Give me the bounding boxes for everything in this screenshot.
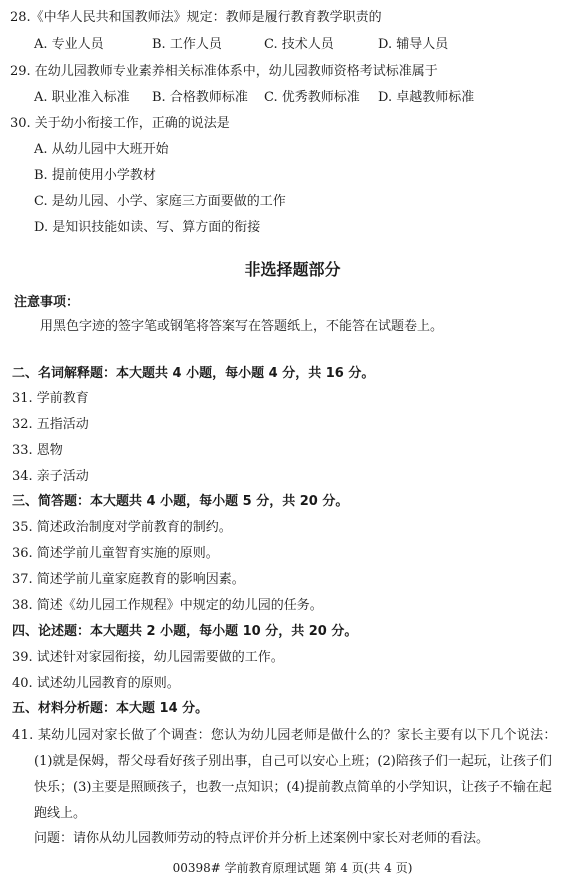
question-41-line-3: 跑线上。 bbox=[34, 806, 86, 822]
question-39: 39. 试述针对家园衔接，幼儿园需要做的工作。 bbox=[12, 650, 284, 666]
question-29-option-b: B. 合格教师标准 bbox=[152, 90, 248, 106]
question-29-option-c: C. 优秀教师标准 bbox=[264, 90, 360, 106]
question-30-option-b: B. 提前使用小学教材 bbox=[34, 168, 156, 184]
section-5-heading: 五、材料分析题：本大题 14 分。 bbox=[12, 701, 208, 717]
question-30-option-a: A. 从幼儿园中大班开始 bbox=[34, 142, 169, 158]
question-30-option-c: C. 是幼儿园、小学、家庭三方面要做的工作 bbox=[34, 194, 286, 210]
question-41-intro: 41. 某幼儿园对家长做了个调查：您认为幼儿园老师是做什么的？家长主要有以下几个… bbox=[12, 728, 557, 744]
question-41-question: 问题：请你从幼儿园教师劳动的特点评价并分析上述案例中家长对老师的看法。 bbox=[34, 831, 489, 847]
page-footer: 00398# 学前教育原理试题 第 4 页(共 4 页) bbox=[0, 859, 585, 876]
question-30-option-d: D. 是知识技能如读、写、算方面的衔接 bbox=[34, 220, 260, 236]
question-31: 31. 学前教育 bbox=[12, 391, 89, 407]
notice-text: 用黑色字迹的签字笔或钢笔将答案写在答题纸上，不能答在试题卷上。 bbox=[40, 319, 443, 335]
section-4-heading: 四、论述题：本大题共 2 小题，每小题 10 分，共 20 分。 bbox=[12, 624, 357, 640]
question-41-line-2: 快乐；(3)主要是照顾孩子，也教一点知识；(4)提前教点简单的小学知识，让孩子不… bbox=[34, 780, 552, 796]
question-37: 37. 简述学前儿童家庭教育的影响因素。 bbox=[12, 572, 245, 588]
section-3-heading: 三、简答题：本大题共 4 小题，每小题 5 分，共 20 分。 bbox=[12, 494, 348, 510]
question-30-stem: 30. 关于幼小衔接工作，正确的说法是 bbox=[10, 116, 230, 132]
question-41-line-1: (1)就是保姆，帮父母看好孩子别出事，自己可以安心上班；(2)陪孩子们一起玩，让… bbox=[34, 754, 552, 770]
question-29-option-a: A. 职业准入标准 bbox=[34, 90, 130, 106]
question-29-option-d: D. 卓越教师标准 bbox=[378, 90, 474, 106]
part-title: 非选择题部分 bbox=[0, 257, 585, 280]
question-28-option-d: D. 辅导人员 bbox=[378, 37, 448, 53]
question-28-option-b: B. 工作人员 bbox=[152, 37, 222, 53]
question-34: 34. 亲子活动 bbox=[12, 469, 89, 485]
question-33: 33. 恩物 bbox=[12, 443, 63, 459]
question-28-option-c: C. 技术人员 bbox=[264, 37, 334, 53]
question-28-stem: 28.《中华人民共和国教师法》规定：教师是履行教育教学职责的 bbox=[10, 10, 382, 26]
question-38: 38. 简述《幼儿园工作规程》中规定的幼儿园的任务。 bbox=[12, 598, 323, 614]
question-28-option-a: A. 专业人员 bbox=[34, 37, 104, 53]
notice-label: 注意事项： bbox=[14, 295, 79, 311]
question-36: 36. 简述学前儿童智育实施的原则。 bbox=[12, 546, 219, 562]
question-32: 32. 五指活动 bbox=[12, 417, 89, 433]
question-40: 40. 试述幼儿园教育的原则。 bbox=[12, 676, 180, 692]
question-35: 35. 简述政治制度对学前教育的制约。 bbox=[12, 520, 232, 536]
question-29-stem: 29. 在幼儿园教师专业素养相关标准体系中，幼儿园教师资格考试标准属于 bbox=[10, 64, 438, 80]
section-2-heading: 二、名词解释题：本大题共 4 小题，每小题 4 分，共 16 分。 bbox=[12, 366, 374, 382]
